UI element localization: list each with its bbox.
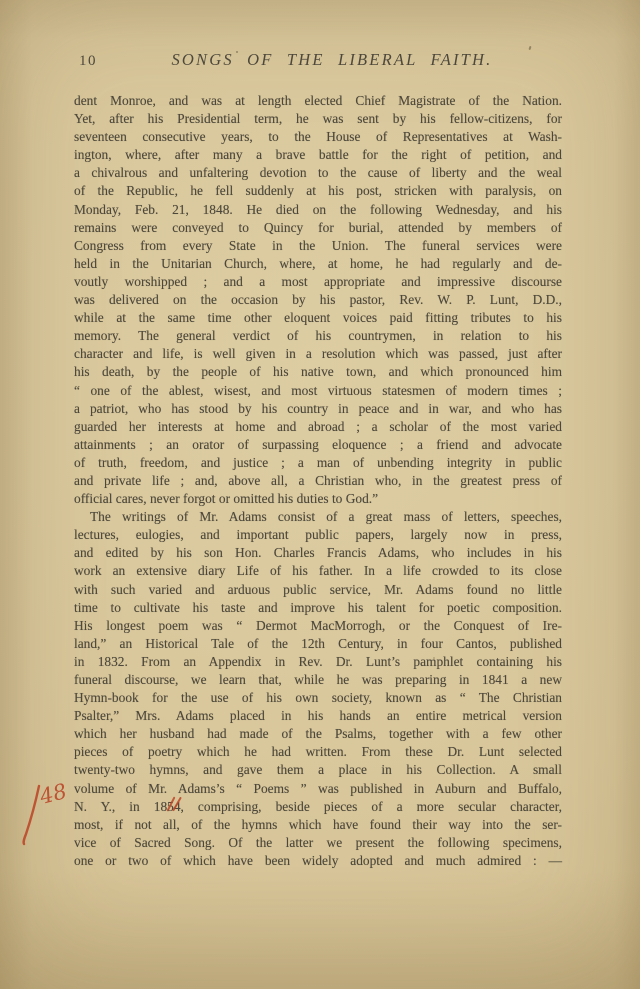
text-line: guarded her interests at home and abroad…	[74, 418, 562, 436]
text-line: work an extensive diary Life of his fath…	[74, 562, 562, 580]
text-line: time to cultivate his taste and improve …	[74, 599, 562, 617]
page-header: 10 SONGS OF THE LIBERAL FAITH.	[74, 50, 564, 74]
text-line: which her husband had made of the Psalms…	[74, 725, 562, 743]
text-line: of the Republic, he fell suddenly at his…	[74, 182, 562, 200]
text-line: attainments ; an orator of surpassing el…	[74, 436, 562, 454]
text-line: and private life ; and, above all, a Chr…	[74, 472, 562, 490]
paper-speck	[236, 51, 238, 53]
body-text: dent Monroe, and was at length elected C…	[74, 92, 562, 870]
text-line: lectures, eulogies, and important public…	[74, 526, 562, 544]
text-line: volume of Mr. Adams’s “ Poems ” was publ…	[74, 780, 562, 798]
text-line: ington, where, after many a brave battle…	[74, 146, 562, 164]
text-line: character and life, is well given in a r…	[74, 345, 562, 363]
text-line: remains were conveyed to Quincy for buri…	[74, 219, 562, 237]
text-line: twenty-two hymns, and gave them a place …	[74, 761, 562, 779]
text-line: Congress from every State in the Union. …	[74, 237, 562, 255]
text-segment: N. Y., in 18	[74, 799, 167, 814]
text-line: Hymn-book for the use of his own society…	[74, 689, 562, 707]
text-line: one or two of which have been widely ado…	[74, 852, 562, 870]
text-line: Monday, Feb. 21, 1848. He died on the fo…	[74, 201, 562, 219]
text-line: N. Y., in 1854, comprising, beside piece…	[74, 798, 562, 816]
struck-through-year: 54	[167, 798, 180, 816]
paper-speck	[433, 657, 435, 659]
text-line: voutly worshipped ; and a most appropria…	[74, 273, 562, 291]
text-line: land,” an Historical Tale of the 12th Ce…	[74, 635, 562, 653]
text-line: was delivered on the occasion by his pas…	[74, 291, 562, 309]
text-line: funeral discourse, we learn that, while …	[74, 671, 562, 689]
text-line: dent Monroe, and was at length elected C…	[74, 92, 562, 110]
text-line: while at the same time other eloquent vo…	[74, 309, 562, 327]
page-number: 10	[79, 53, 97, 70]
text-line: Yet, after his Presidential term, he was…	[74, 110, 562, 128]
text-line: with such varied and arduous public serv…	[74, 581, 562, 599]
text-line: most, if not all, of the hymns which hav…	[74, 816, 562, 834]
text-line: vice of Sacred Song. Of the latter we pr…	[74, 834, 562, 852]
text-line: a chivalrous and unfaltering devotion to…	[74, 164, 562, 182]
text-line: His longest poem was “ Dermot MacMorrogh…	[74, 617, 562, 635]
text-line: “ one of the ablest, wisest, and most vi…	[74, 382, 562, 400]
text-line: held in the Unitarian Church, where, at …	[74, 255, 562, 273]
text-line: seventeen consecutive years, to the Hous…	[74, 128, 562, 146]
text-line: official cares, never forgot or omitted …	[74, 490, 562, 508]
text-line: his death, by the people of his native t…	[74, 363, 562, 381]
running-title: SONGS OF THE LIBERAL FAITH.	[74, 50, 564, 70]
text-line: a patriot, who has stood by his country …	[74, 400, 562, 418]
handwritten-margin-annotation: 48	[12, 772, 82, 862]
text-line: of truth, freedom, and justice ; a man o…	[74, 454, 562, 472]
text-segment: , comprising, beside pieces of a more se…	[181, 799, 562, 814]
book-page: 10 SONGS OF THE LIBERAL FAITH. dent Monr…	[0, 0, 640, 989]
margin-slash-stroke	[24, 786, 39, 844]
margin-note-text: 48	[36, 779, 69, 809]
text-line: in 1832. From an Appendix in Rev. Dr. Lu…	[74, 653, 562, 671]
text-line: and edited by his son Hon. Charles Franc…	[74, 544, 562, 562]
text-line: Psalter,” Mrs. Adams placed in his hands…	[74, 707, 562, 725]
text-line: memory. The general verdict of his count…	[74, 327, 562, 345]
text-line: The writings of Mr. Adams consist of a g…	[74, 508, 562, 526]
text-line: pieces of poetry which he had written. F…	[74, 743, 562, 761]
